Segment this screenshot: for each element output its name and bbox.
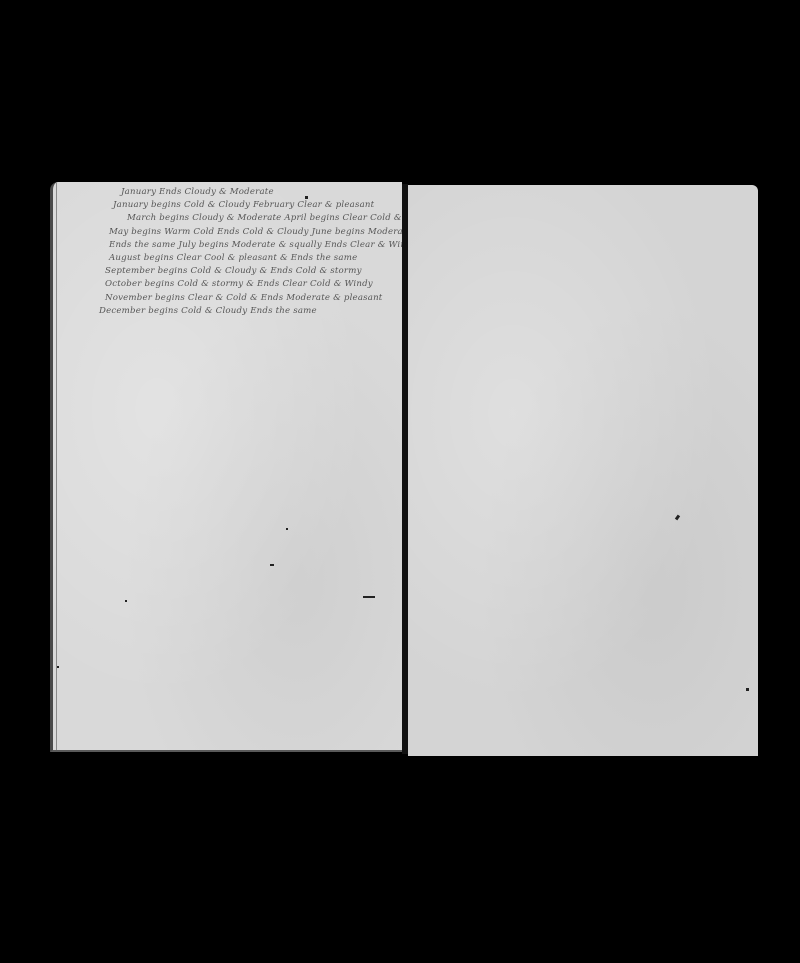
ink-spot — [125, 600, 127, 602]
ink-spot — [286, 528, 288, 530]
left-page: January Ends Cloudy & Moderate January b… — [50, 182, 402, 752]
ink-spot — [57, 666, 59, 668]
weather-entries: January Ends Cloudy & Moderate January b… — [109, 186, 399, 318]
ink-spot — [675, 515, 680, 521]
right-page — [408, 185, 758, 756]
entry-line: Ends the same July begins Moderate & squ… — [109, 239, 399, 252]
entry-line: January begins Cold & Cloudy February Cl… — [109, 199, 399, 212]
entry-line: October begins Cold & stormy & Ends Clea… — [105, 278, 399, 291]
entry-line: March begins Cloudy & Moderate April beg… — [109, 212, 399, 225]
ink-spot — [746, 688, 749, 691]
entry-line: September begins Cold & Cloudy & Ends Co… — [105, 265, 399, 278]
ink-spot — [363, 596, 375, 598]
entry-heading: January Ends Cloudy & Moderate — [109, 186, 399, 199]
ink-spot — [305, 196, 308, 199]
entry-line: August begins Clear Cool & pleasant & En… — [109, 252, 399, 265]
entry-line: December begins Cold & Cloudy Ends the s… — [99, 305, 399, 318]
entry-line: November begins Clear & Cold & Ends Mode… — [105, 292, 399, 305]
ink-spot — [270, 564, 274, 566]
entry-line: May begins Warm Cold Ends Cold & Cloudy … — [109, 226, 399, 239]
